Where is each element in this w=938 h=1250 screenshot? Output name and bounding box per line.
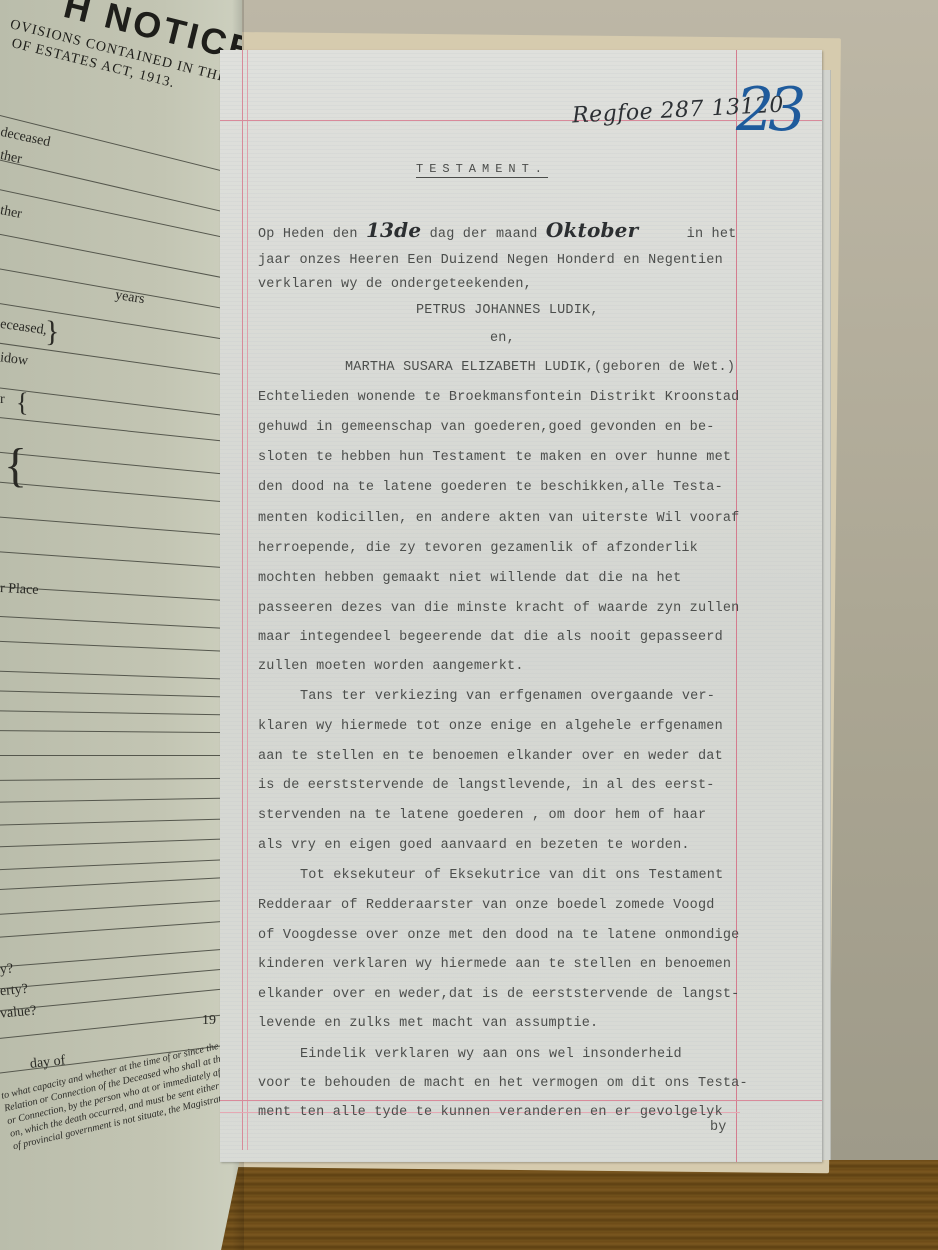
- typed-line: jaar onzes Heeren Een Duizend Negen Hond…: [258, 253, 778, 268]
- form-rule: [0, 917, 242, 939]
- typed-line: den dood na te latene goederen te beschi…: [258, 480, 778, 495]
- typed-line: herroepende, die zy tevoren gezamenlik o…: [258, 541, 778, 556]
- date-middle: dag der maand: [430, 227, 538, 242]
- label-deceased: deceased: [0, 125, 52, 151]
- label-r: r: [0, 392, 5, 408]
- brace-icon: }: [45, 315, 59, 349]
- typed-line: levende en zulks met macht van assumptie…: [258, 1016, 778, 1031]
- date-prefix: Op Heden den: [258, 227, 358, 242]
- testator-name-2: MARTHA SUSARA ELIZABETH LUDIK,(geboren d…: [345, 360, 865, 375]
- label-question-1: y?: [0, 961, 14, 978]
- label-year-19: 19: [202, 1013, 216, 1029]
- typed-line: stervenden na te latene goederen , om do…: [258, 808, 778, 823]
- typed-line: aan te stellen en te benoemen elkander o…: [258, 749, 778, 764]
- form-header: H NOTICE. OVISIONS CONTAINED IN THE ADMI…: [0, 0, 242, 57]
- form-rule: [0, 415, 242, 447]
- form-rule: [0, 640, 242, 654]
- testator-name-1: PETRUS JOHANNES LUDIK,: [416, 303, 936, 318]
- form-rule: [0, 690, 242, 699]
- brace-icon: {: [16, 388, 28, 418]
- footer-rule: [220, 1100, 822, 1101]
- margin-rule-left: [242, 50, 243, 1150]
- typed-line-conjunction: en,: [490, 331, 938, 346]
- typed-line: ment ten alle tyde te kunnen veranderen …: [258, 1105, 778, 1120]
- form-rule: [0, 550, 242, 572]
- catchword: by: [710, 1120, 938, 1135]
- label-place: r Place: [0, 581, 39, 599]
- label-father: ther: [0, 148, 23, 168]
- form-rule: [0, 450, 242, 480]
- form-rule: [0, 230, 242, 288]
- document-title: TESTAMENT.: [416, 162, 548, 178]
- form-rule: [0, 340, 242, 383]
- date-suffix: in het: [687, 227, 737, 242]
- form-rule: [0, 480, 242, 507]
- label-question-3: value?: [0, 1003, 37, 1022]
- brace-icon: {: [4, 438, 27, 493]
- label-deceased-2: eceased,: [0, 317, 48, 339]
- form-rule: [0, 897, 242, 916]
- folio-number-handwritten: 23: [736, 80, 800, 140]
- form-rule: [0, 777, 242, 781]
- form-rule: [0, 385, 242, 423]
- typed-line: mochten hebben gemaakt niet willende dat…: [258, 571, 778, 586]
- typed-line: voor te behouden de macht en het vermoge…: [258, 1076, 778, 1091]
- form-rule: [0, 797, 242, 803]
- form-rule: [0, 185, 242, 248]
- form-rule: [0, 155, 242, 223]
- form-footnote: to what capacity and whether at the time…: [0, 1032, 242, 1154]
- typed-line: verklaren wy de ondergeteekenden,: [258, 277, 778, 292]
- form-rule: [0, 857, 242, 871]
- typed-line-paragraph-start: Tot eksekuteur of Eksekutrice van dit on…: [300, 868, 820, 883]
- margin-rule-left-inner: [247, 50, 248, 1150]
- typed-line: als vry en eigen goed aanvaard en bezete…: [258, 838, 778, 853]
- typed-line-date: Op Heden den 13de dag der maand Oktober …: [258, 218, 778, 242]
- typed-line-paragraph-start: Tans ter verkiezing van erfgenamen overg…: [300, 689, 820, 704]
- form-rule: [0, 670, 242, 681]
- form-rule: [0, 837, 242, 848]
- form-rule: [0, 710, 242, 716]
- form-rule: [0, 730, 242, 734]
- typed-line: kinderen verklaren wy hiermede aan te st…: [258, 957, 778, 972]
- typed-line: of Voogdesse over onze met den dood na t…: [258, 928, 778, 943]
- label-years: years: [114, 288, 146, 308]
- typed-line: menten kodicillen, en andere akten van u…: [258, 511, 778, 526]
- typed-line: is de eerststervende de langstlevende, i…: [258, 778, 778, 793]
- right-page-testament: Regfoe 287 13120 23 TESTAMENT. Op Heden …: [220, 50, 822, 1162]
- form-rule: [0, 615, 242, 632]
- typed-line: gehuwd in gemeenschap van goederen,goed …: [258, 420, 778, 435]
- typed-line: sloten te hebben hun Testament te maken …: [258, 450, 778, 465]
- typed-line: elkander over en weder,dat is de eerstst…: [258, 987, 778, 1002]
- typed-line: passeeren dezes van die minste kracht of…: [258, 601, 778, 616]
- typed-line: klaren wy hiermede tot onze enige en alg…: [258, 719, 778, 734]
- label-widow: idow: [0, 350, 29, 369]
- form-rule: [0, 817, 242, 826]
- form-rule: [0, 944, 242, 969]
- typed-line-paragraph-start: Eindelik verklaren wy aan ons wel insond…: [300, 1047, 820, 1062]
- typed-line: Echtelieden wonende te Broekmansfontein …: [258, 390, 778, 405]
- form-rule: [0, 874, 242, 891]
- form-rule: [0, 964, 242, 991]
- label-mother: ther: [0, 203, 23, 223]
- form-rule: [0, 515, 242, 540]
- left-page-death-notice-form: H NOTICE. OVISIONS CONTAINED IN THE ADMI…: [0, 0, 242, 1250]
- label-day-of: day of: [29, 1053, 66, 1073]
- handwritten-month: Oktober: [546, 218, 639, 242]
- typed-line: maar integendeel begeerende dat die als …: [258, 630, 778, 645]
- label-question-2: erty?: [0, 982, 29, 1000]
- form-rule: [0, 755, 242, 756]
- handwritten-day: 13de: [366, 218, 421, 242]
- typed-line: zullen moeten worden aangemerkt.: [258, 659, 778, 674]
- typed-line: Redderaar of Redderaarster van onze boed…: [258, 898, 778, 913]
